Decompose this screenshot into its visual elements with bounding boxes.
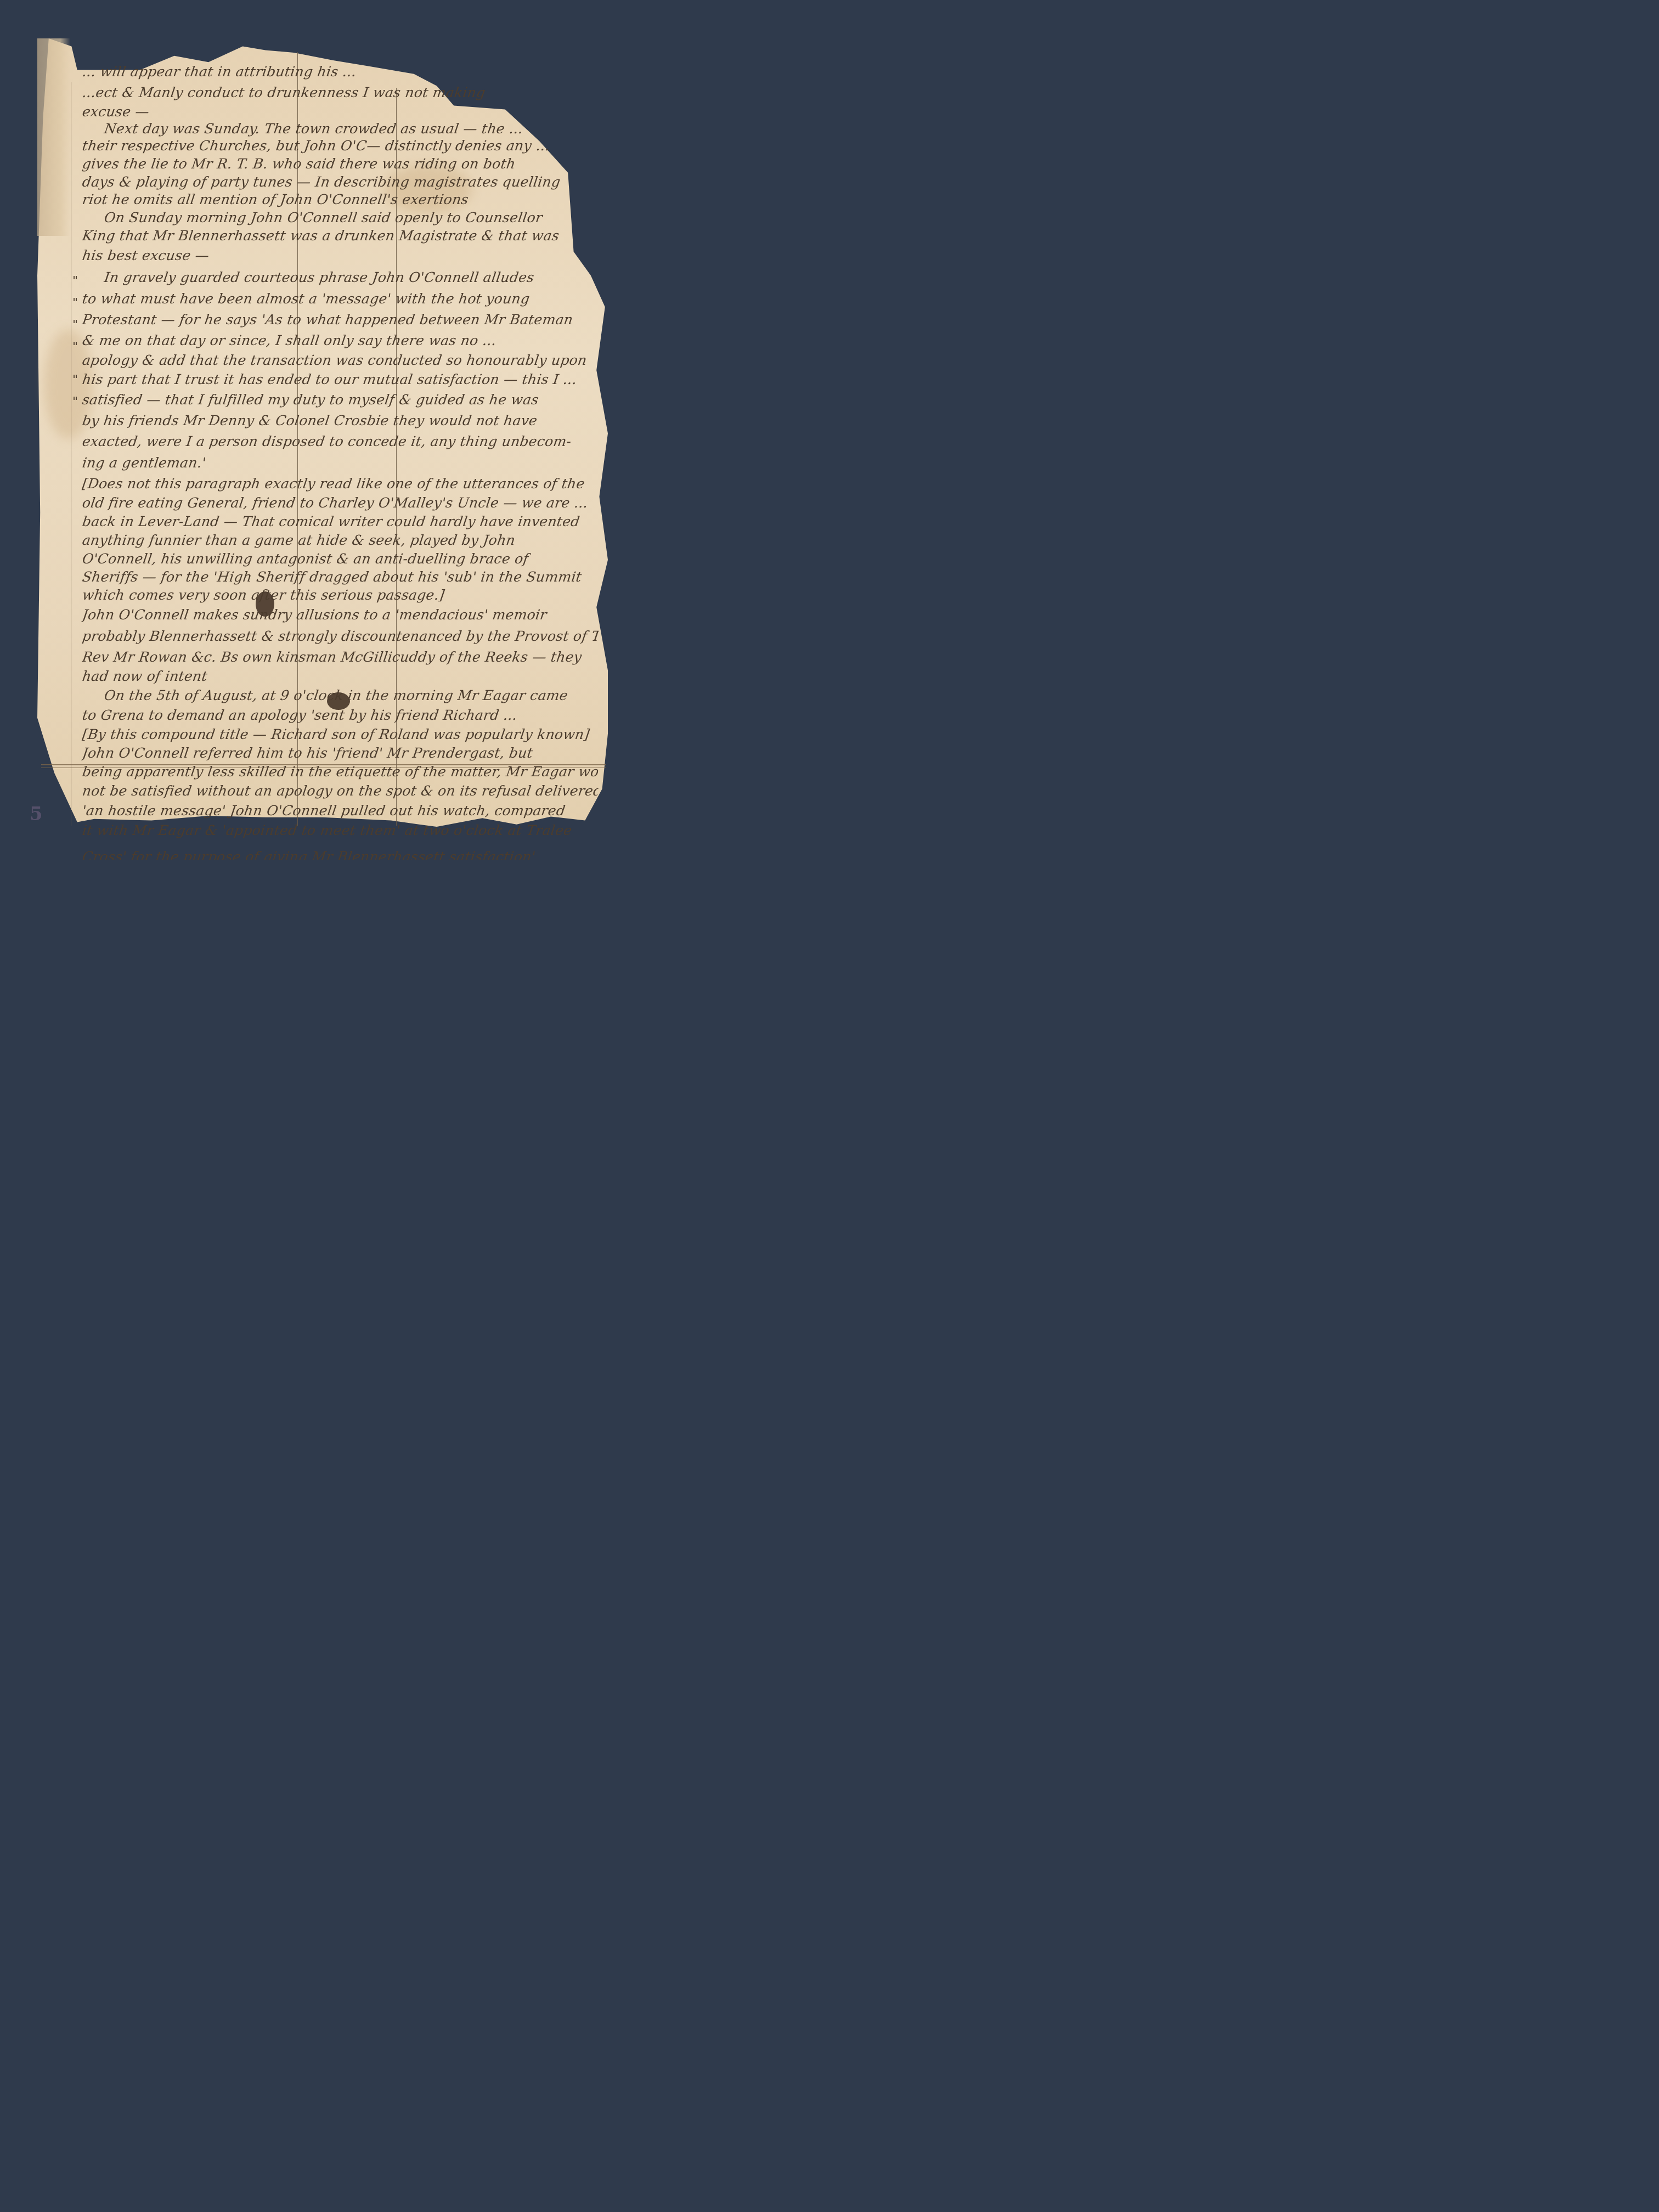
text-line: King that Mr Blennerhassett was a drunke…	[81, 227, 599, 245]
text-line: [By this compound title — Richard son of…	[81, 725, 600, 744]
margin-quote-mark: "	[72, 296, 78, 310]
text-line: John O'Connell makes sundry allusions to…	[81, 605, 599, 625]
text-line: his best excuse —	[81, 245, 600, 267]
text-line: Rev Mr Rowan &c. Bs own kinsman McGillic…	[81, 647, 599, 667]
margin-rule	[71, 82, 71, 826]
printed-page-number: 5	[30, 803, 44, 825]
text-line: Sheriffs — for the 'High Sheriff dragged…	[81, 568, 599, 586]
text-line: old fire eating General, friend to Charl…	[81, 494, 600, 512]
margin-quote-mark: "	[72, 395, 78, 409]
margin-quote-mark: "	[72, 274, 78, 288]
text-line: [Does not this paragraph exactly read li…	[81, 474, 599, 494]
text-line: his part that I trust it has ended to ou…	[81, 370, 599, 390]
text-line: Next day was Sunday. The town crowded as…	[81, 121, 599, 137]
text-line: days & playing of party tunes — In descr…	[81, 173, 599, 191]
text-line: riot he omits all mention of John O'Conn…	[81, 191, 599, 208]
text-line: On the 5th of August, at 9 o'clock in th…	[81, 686, 599, 706]
text-line: apology & add that the transaction was c…	[81, 351, 600, 370]
text-line: probably Blennerhassett & strongly disco…	[81, 625, 600, 647]
margin-quote-mark: "	[72, 318, 78, 332]
text-line: On Sunday morning John O'Connell said op…	[81, 208, 600, 227]
text-line: gives the lie to Mr R. T. B. who said th…	[81, 155, 600, 173]
text-line: to Grena to demand an apology 'sent by h…	[81, 706, 599, 725]
text-line: In gravely guarded courteous phrase John…	[81, 267, 600, 289]
handwritten-text: ... will appear that in attributing his …	[82, 61, 598, 860]
text-line: Cross' for the purpose of giving Mr Blen…	[80, 840, 600, 860]
text-line: & me on that day or since, I shall only …	[81, 330, 599, 351]
text-line: ... will appear that in attributing his …	[81, 61, 599, 82]
text-line: being apparently less skilled in the eti…	[81, 763, 600, 781]
text-line: it with Mr Eagar & 'appointed to meet th…	[81, 821, 599, 840]
folded-corner	[37, 38, 70, 236]
text-line: to what must have been almost a 'message…	[81, 289, 599, 309]
text-line: John O'Connell referred him to his 'frie…	[81, 744, 600, 763]
text-line: Protestant — for he says 'As to what hap…	[81, 309, 599, 330]
text-line: excuse —	[81, 103, 599, 121]
margin-quote-mark: "	[72, 373, 78, 387]
text-line: exacted, were I a person disposed to con…	[81, 431, 599, 452]
text-line: not be satisfied without an apology on t…	[81, 781, 599, 801]
text-line: back in Lever-Land — That comical writer…	[81, 512, 600, 531]
text-line: 'an hostile message' John O'Connell pull…	[81, 801, 599, 821]
text-line: by his friends Mr Denny & Colonel Crosbi…	[81, 410, 599, 431]
text-line: O'Connell, his unwilling antagonist & an…	[81, 550, 600, 568]
text-line: satisfied — that I fulfilled my duty to …	[81, 390, 599, 410]
text-line: their respective Churches, but John O'C—…	[81, 137, 599, 155]
text-line: ing a gentleman.'	[81, 452, 600, 474]
text-line: anything funnier than a game at hide & s…	[81, 531, 600, 550]
text-line: had now of intent	[81, 667, 600, 686]
text-line: which comes very soon after this serious…	[81, 586, 600, 605]
text-line: ...ect & Manly conduct to drunkenness I …	[81, 82, 599, 103]
margin-quote-mark: "	[72, 340, 78, 354]
